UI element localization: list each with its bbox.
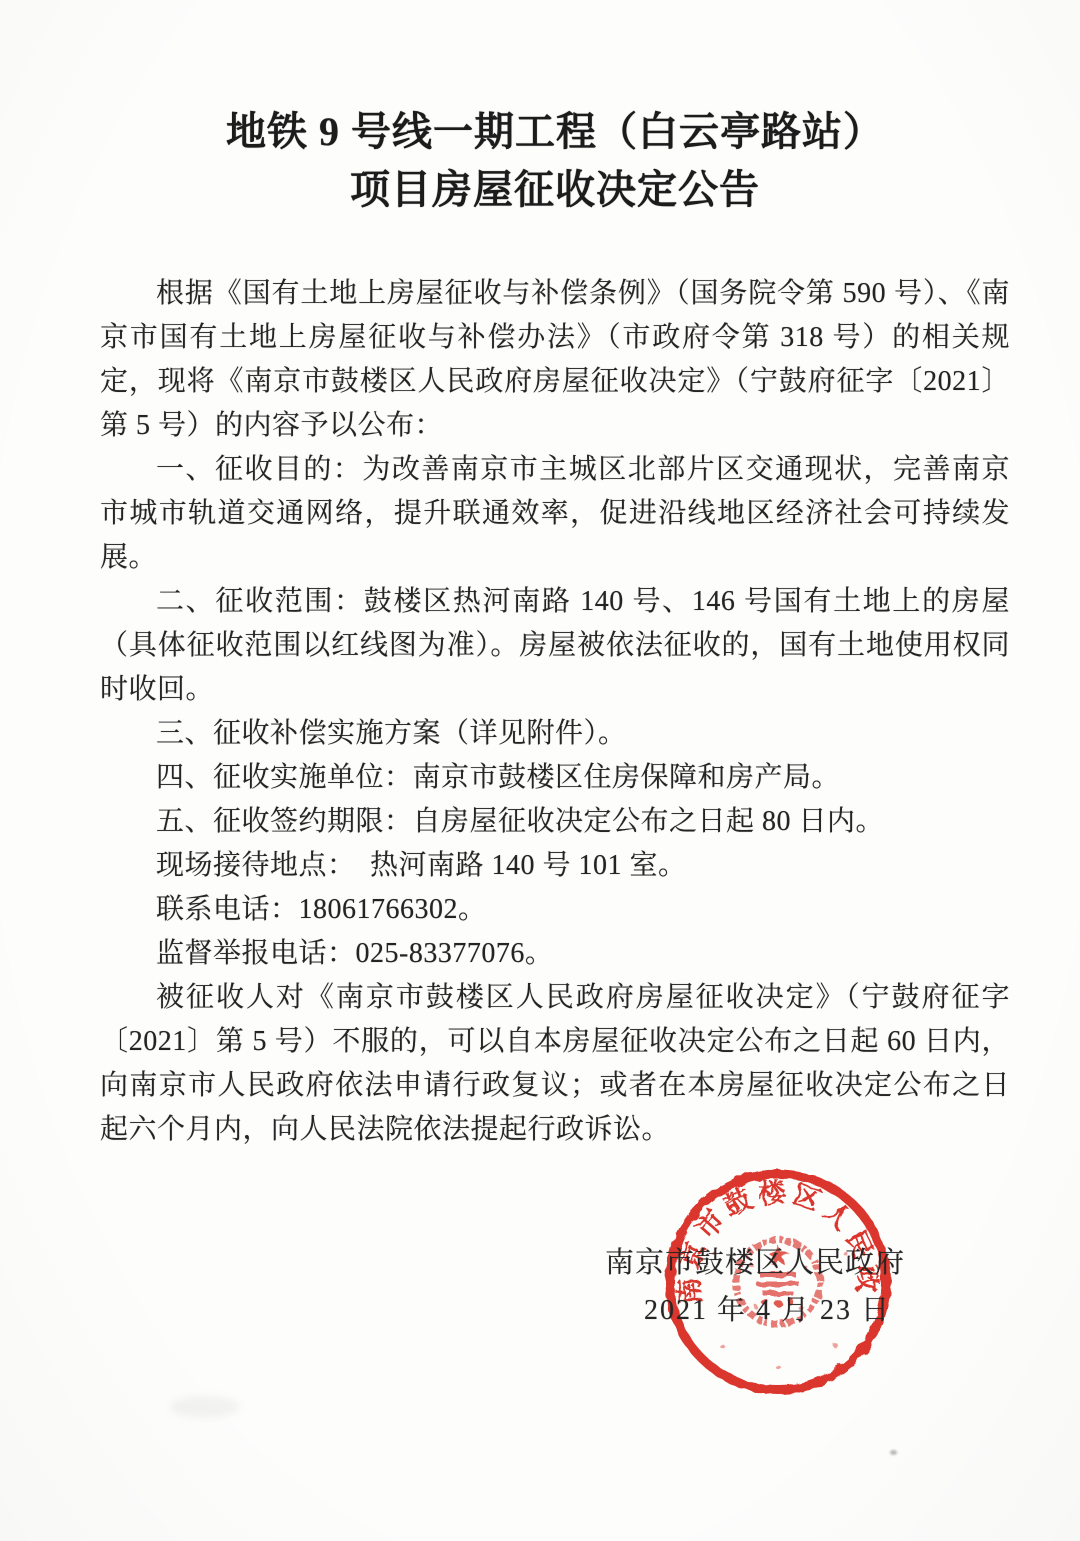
document-title-line-1: 地铁 9 号线一期工程（白云亭路站） bbox=[100, 103, 1010, 161]
paragraph-item-4: 四、征收实施单位：南京市鼓楼区住房保障和房产局。 bbox=[100, 756, 1010, 800]
signature-date: 2021 年 4 月 23 日 bbox=[605, 1287, 905, 1334]
scan-artifact-smudge bbox=[170, 1396, 240, 1418]
paragraph-intro: 根据《国有土地上房屋征收与补偿条例》（国务院令第 590 号）、《南京市国有土地… bbox=[100, 272, 1010, 448]
document-body: 根据《国有土地上房屋征收与补偿条例》（国务院令第 590 号）、《南京市国有土地… bbox=[100, 272, 1010, 1152]
paragraph-item-3: 三、征收补偿实施方案（详见附件）。 bbox=[100, 712, 1010, 756]
paragraph-legal-remedy: 被征收人对《南京市鼓楼区人民政府房屋征收决定》（宁鼓府征字〔2021〕第 5 号… bbox=[100, 976, 1010, 1152]
signature-organization: 南京市鼓楼区人民政府 bbox=[605, 1240, 905, 1287]
paragraph-reception-address: 现场接待地点： 热河南路 140 号 101 室。 bbox=[100, 844, 1010, 888]
paragraph-item-2: 二、征收范围：鼓楼区热河南路 140 号、146 号国有土地上的房屋（具体征收范… bbox=[100, 580, 1010, 712]
paragraph-contact-phone: 联系电话：18061766302。 bbox=[100, 888, 1010, 932]
paragraph-item-5: 五、征收签约期限：自房屋征收决定公布之日起 80 日内。 bbox=[100, 800, 1010, 844]
paragraph-supervision-phone: 监督举报电话：025-83377076。 bbox=[100, 932, 1010, 976]
document-title-line-2: 项目房屋征收决定公告 bbox=[100, 161, 1010, 219]
signature-block: 南京市鼓楼区人民政府 2021 年 4 月 23 日 bbox=[605, 1240, 905, 1334]
scan-artifact-speck bbox=[890, 1450, 897, 1455]
paragraph-item-1: 一、征收目的：为改善南京市主城区北部片区交通现状，完善南京市城市轨道交通网络，提… bbox=[100, 448, 1010, 580]
document-title: 地铁 9 号线一期工程（白云亭路站） 项目房屋征收决定公告 bbox=[100, 103, 1010, 219]
document-page: 地铁 9 号线一期工程（白云亭路站） 项目房屋征收决定公告 根据《国有土地上房屋… bbox=[0, 0, 1080, 1541]
